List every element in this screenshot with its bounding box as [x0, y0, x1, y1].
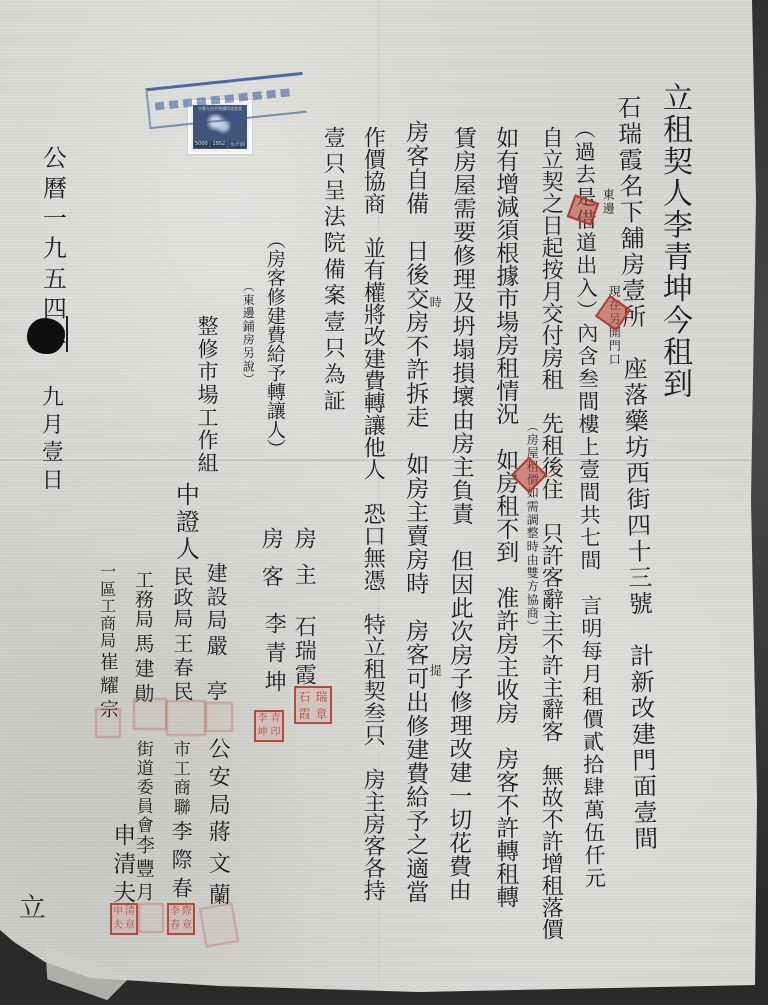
contract-column-5: 如有增減須根據市場房租情況 如房租不到 准許房主收房 房客不許轉租轉: [492, 126, 517, 904]
witness-org: 公安局: [205, 737, 229, 815]
witness-org: 建設局: [204, 562, 227, 630]
seal-char: 霞: [298, 708, 310, 720]
seal-char: 青: [271, 714, 281, 724]
seal-char: 夫: [113, 921, 123, 931]
seal-ma-jianxun: [133, 698, 167, 730]
seal-li-jichun: 李 際 春 章: [167, 903, 195, 935]
seal-li-qingkun: 李 青 坤 印: [254, 710, 284, 742]
seal-char: 瑞: [315, 691, 327, 703]
seal-char: 章: [182, 921, 192, 931]
stamp-value: 5000: [194, 141, 209, 148]
repair-fee-note: （房客修建費給予轉讓人）: [264, 230, 285, 440]
landlord-role: 房主: [291, 527, 315, 585]
insert-mark-time: 時: [428, 296, 441, 308]
contract-column-6: 賃房屋需要修理及坍塌損壞由房主負責 但因此次房子修理改建一切花費由: [444, 126, 475, 901]
side-note: （東邊鋪房另說）: [241, 280, 254, 385]
annotation-rent-adjust: （房屋租價如需調整時由雙方協商）: [525, 420, 538, 632]
stamp-year: 1952: [211, 141, 226, 148]
witness-name: 蔣文蘭: [205, 820, 229, 905]
witness-org: 工務局: [132, 570, 153, 628]
witness-org: 民政局: [171, 566, 193, 628]
seal-char: 章: [125, 921, 135, 931]
seal-char: 坤: [258, 728, 268, 738]
seal-char: 申: [113, 907, 123, 917]
witness-name: 馬建勛: [132, 633, 154, 703]
seal-char: 清: [125, 907, 135, 917]
witness-label: 中證人: [172, 482, 198, 560]
annotation-east-side: 東邊: [601, 188, 614, 214]
applicant-name: 申清夫: [109, 823, 134, 903]
seal-char: 章: [315, 708, 327, 720]
witness-org: 街道委員會: [133, 740, 152, 833]
witness-name: 李豐月: [133, 835, 154, 901]
seal-cui-yaozong: [95, 708, 121, 738]
contract-column-8: 作價協商 並有權將改建費轉讓他人 恐口無憑 特立租契叁只 房主房客各持: [360, 126, 384, 901]
witness-org: 一區工商局: [98, 563, 116, 648]
ink-blot: [27, 318, 65, 354]
seal-shen-qingfu: 申 清 夫 章: [110, 903, 138, 935]
closing-mark: 立: [14, 893, 44, 920]
contract-paper: 中華人民共和國印花稅票 5000 1952 伍仟圓 立租契人李青坤今租到 石瑞霞…: [0, 0, 768, 1005]
contract-column-4: 自立契之日起按月交付房租 先租後住 只許客辭主不許主辭客 無故不許增租落價: [538, 126, 562, 894]
working-group: 整修市場工作組: [195, 315, 218, 473]
year-stroke: [66, 316, 68, 352]
witness-org: 市工商聯: [170, 740, 189, 815]
stamp-value-text: 伍仟圓: [229, 141, 246, 148]
tenant-role: 房客: [258, 527, 282, 587]
seal-char: 春: [170, 921, 180, 931]
tenant-name: 李青坤: [261, 612, 285, 692]
seal-char: 李: [170, 907, 180, 917]
seal-li-fengyue: [138, 903, 164, 933]
contract-column-7: 房客自備 日後交房不許拆走 如房主賣房時 房客可出修建費給予之適當: [402, 120, 427, 903]
witness-name: 李際春: [169, 820, 192, 898]
date-day: 九月壹日: [38, 385, 62, 490]
seal-char: 李: [258, 714, 268, 724]
seal-yan-ting: [205, 702, 233, 732]
seal-char: 際: [182, 907, 192, 917]
seal-shi-ruixia: 石 瑞 霞 章: [294, 686, 332, 724]
landlord-name: 石瑞霞: [291, 615, 315, 685]
seal-jiang-wenlan: [199, 902, 239, 947]
seal-wang-chunmin: [166, 700, 206, 736]
stamp-cancellation-mark: [145, 72, 306, 129]
insert-mark-raise: 提: [428, 664, 441, 676]
contract-title-column: 立租契人李青坤今租到: [658, 82, 691, 398]
contract-column-9: 壹只呈法院備案壹只為証: [320, 126, 344, 411]
seal-char: 印: [271, 728, 281, 738]
contract-column-3: （過去是借道出入）內含叁間樓上壹間共七間 言明每月租價貳拾肆萬伍仟元: [572, 118, 606, 888]
seal-char: 石: [298, 691, 310, 703]
witness-name: 王春民: [171, 633, 193, 701]
contract-column-2: 石瑞霞名下舖房壹所 座落藥坊西街四十三號 計新改建門面壹間: [613, 95, 657, 850]
witness-name: 嚴亭: [204, 635, 227, 701]
